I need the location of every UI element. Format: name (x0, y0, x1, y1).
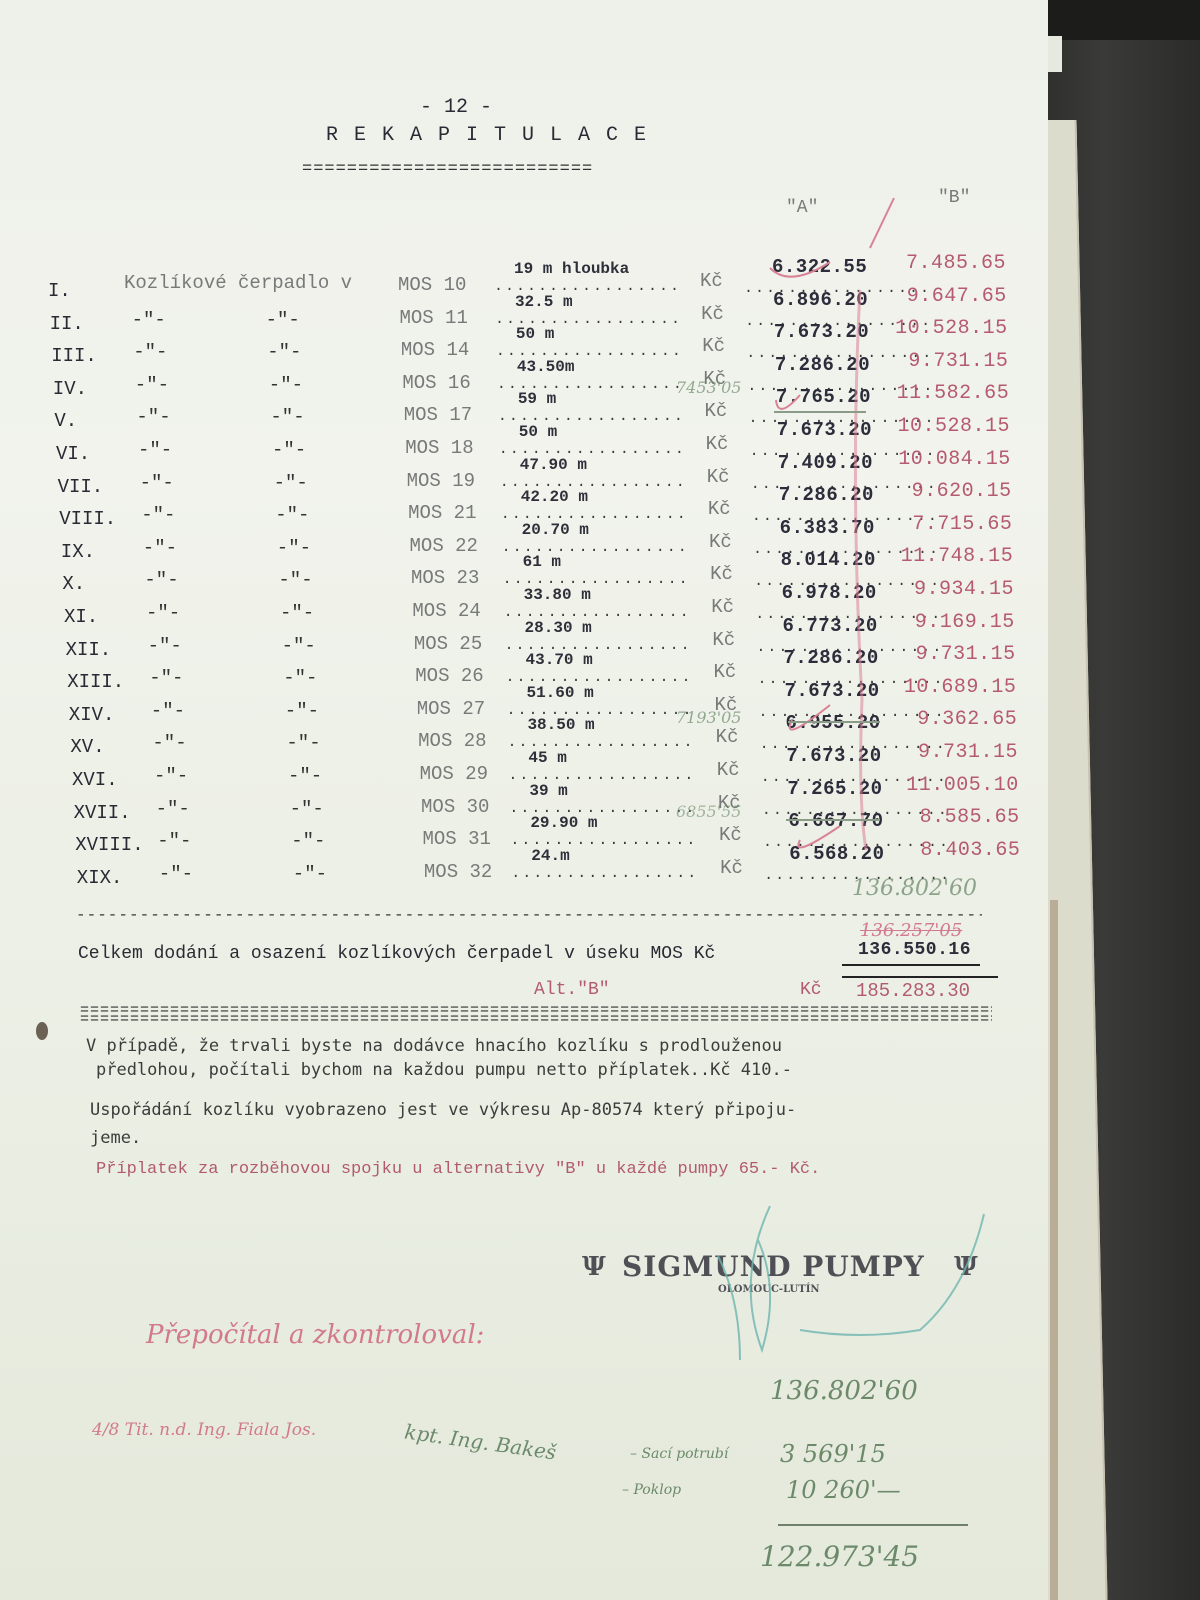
sheet-edge (1050, 900, 1058, 1600)
typed-document-page: - 12 - R E K A P I T U L A C E =========… (0, 0, 1048, 1600)
red-arrow-mark (870, 198, 894, 248)
pen-marks (0, 0, 1048, 1600)
desk-shadow (1040, 0, 1200, 40)
